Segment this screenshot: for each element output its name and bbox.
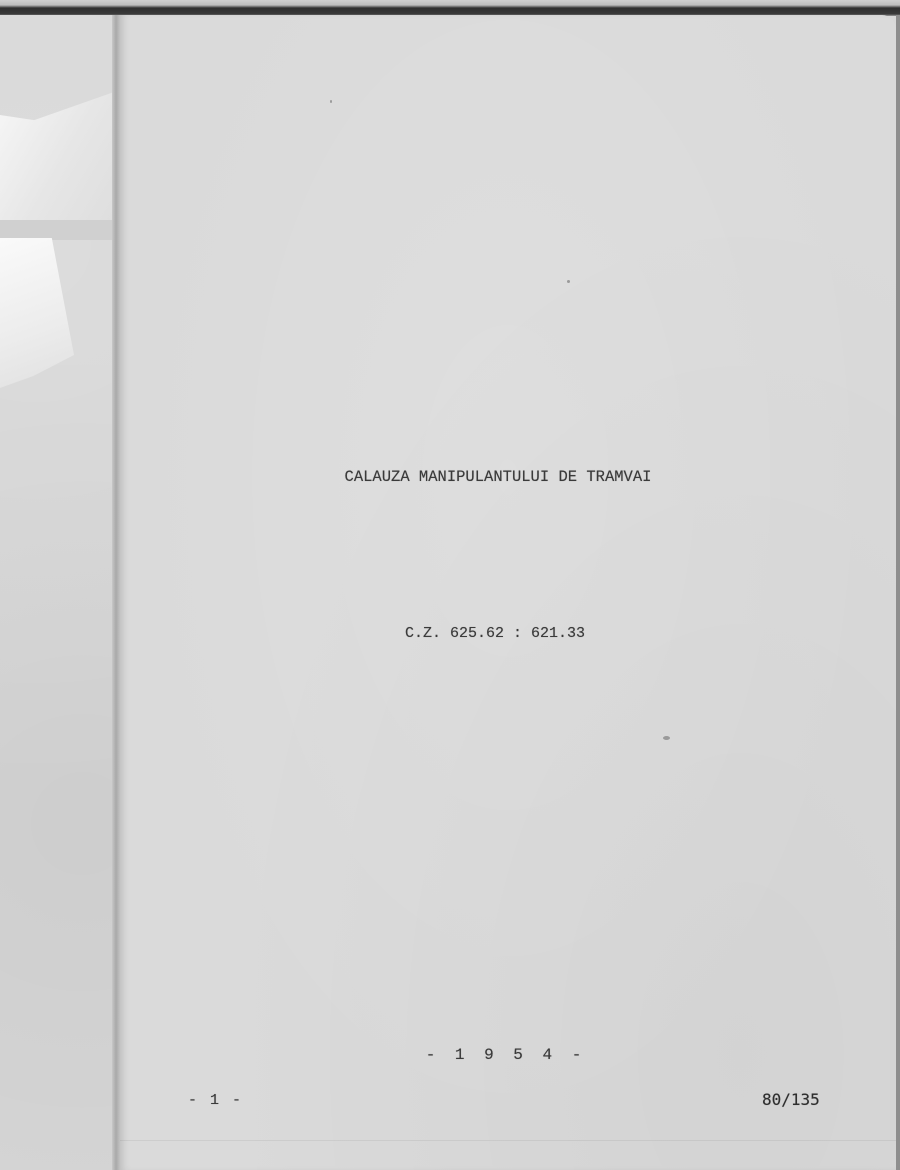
page-bottom-crease	[120, 1140, 896, 1141]
spine-tape-band	[0, 218, 114, 240]
page-number: - 1 -	[188, 1092, 243, 1109]
document-page	[120, 15, 896, 1170]
paper-speck	[567, 280, 570, 283]
paper-speck	[330, 100, 332, 103]
sheet-reference: 80/135	[762, 1090, 820, 1109]
page-right-edge	[896, 15, 900, 1170]
document-title: CALAUZA MANIPULANTULUI DE TRAMVAI	[0, 468, 900, 486]
classification-code: C.Z. 625.62 : 621.33	[0, 625, 900, 642]
scan-top-edge	[0, 0, 900, 16]
publication-year: - 1 9 5 4 -	[0, 1046, 900, 1064]
paper-speck	[663, 736, 670, 740]
